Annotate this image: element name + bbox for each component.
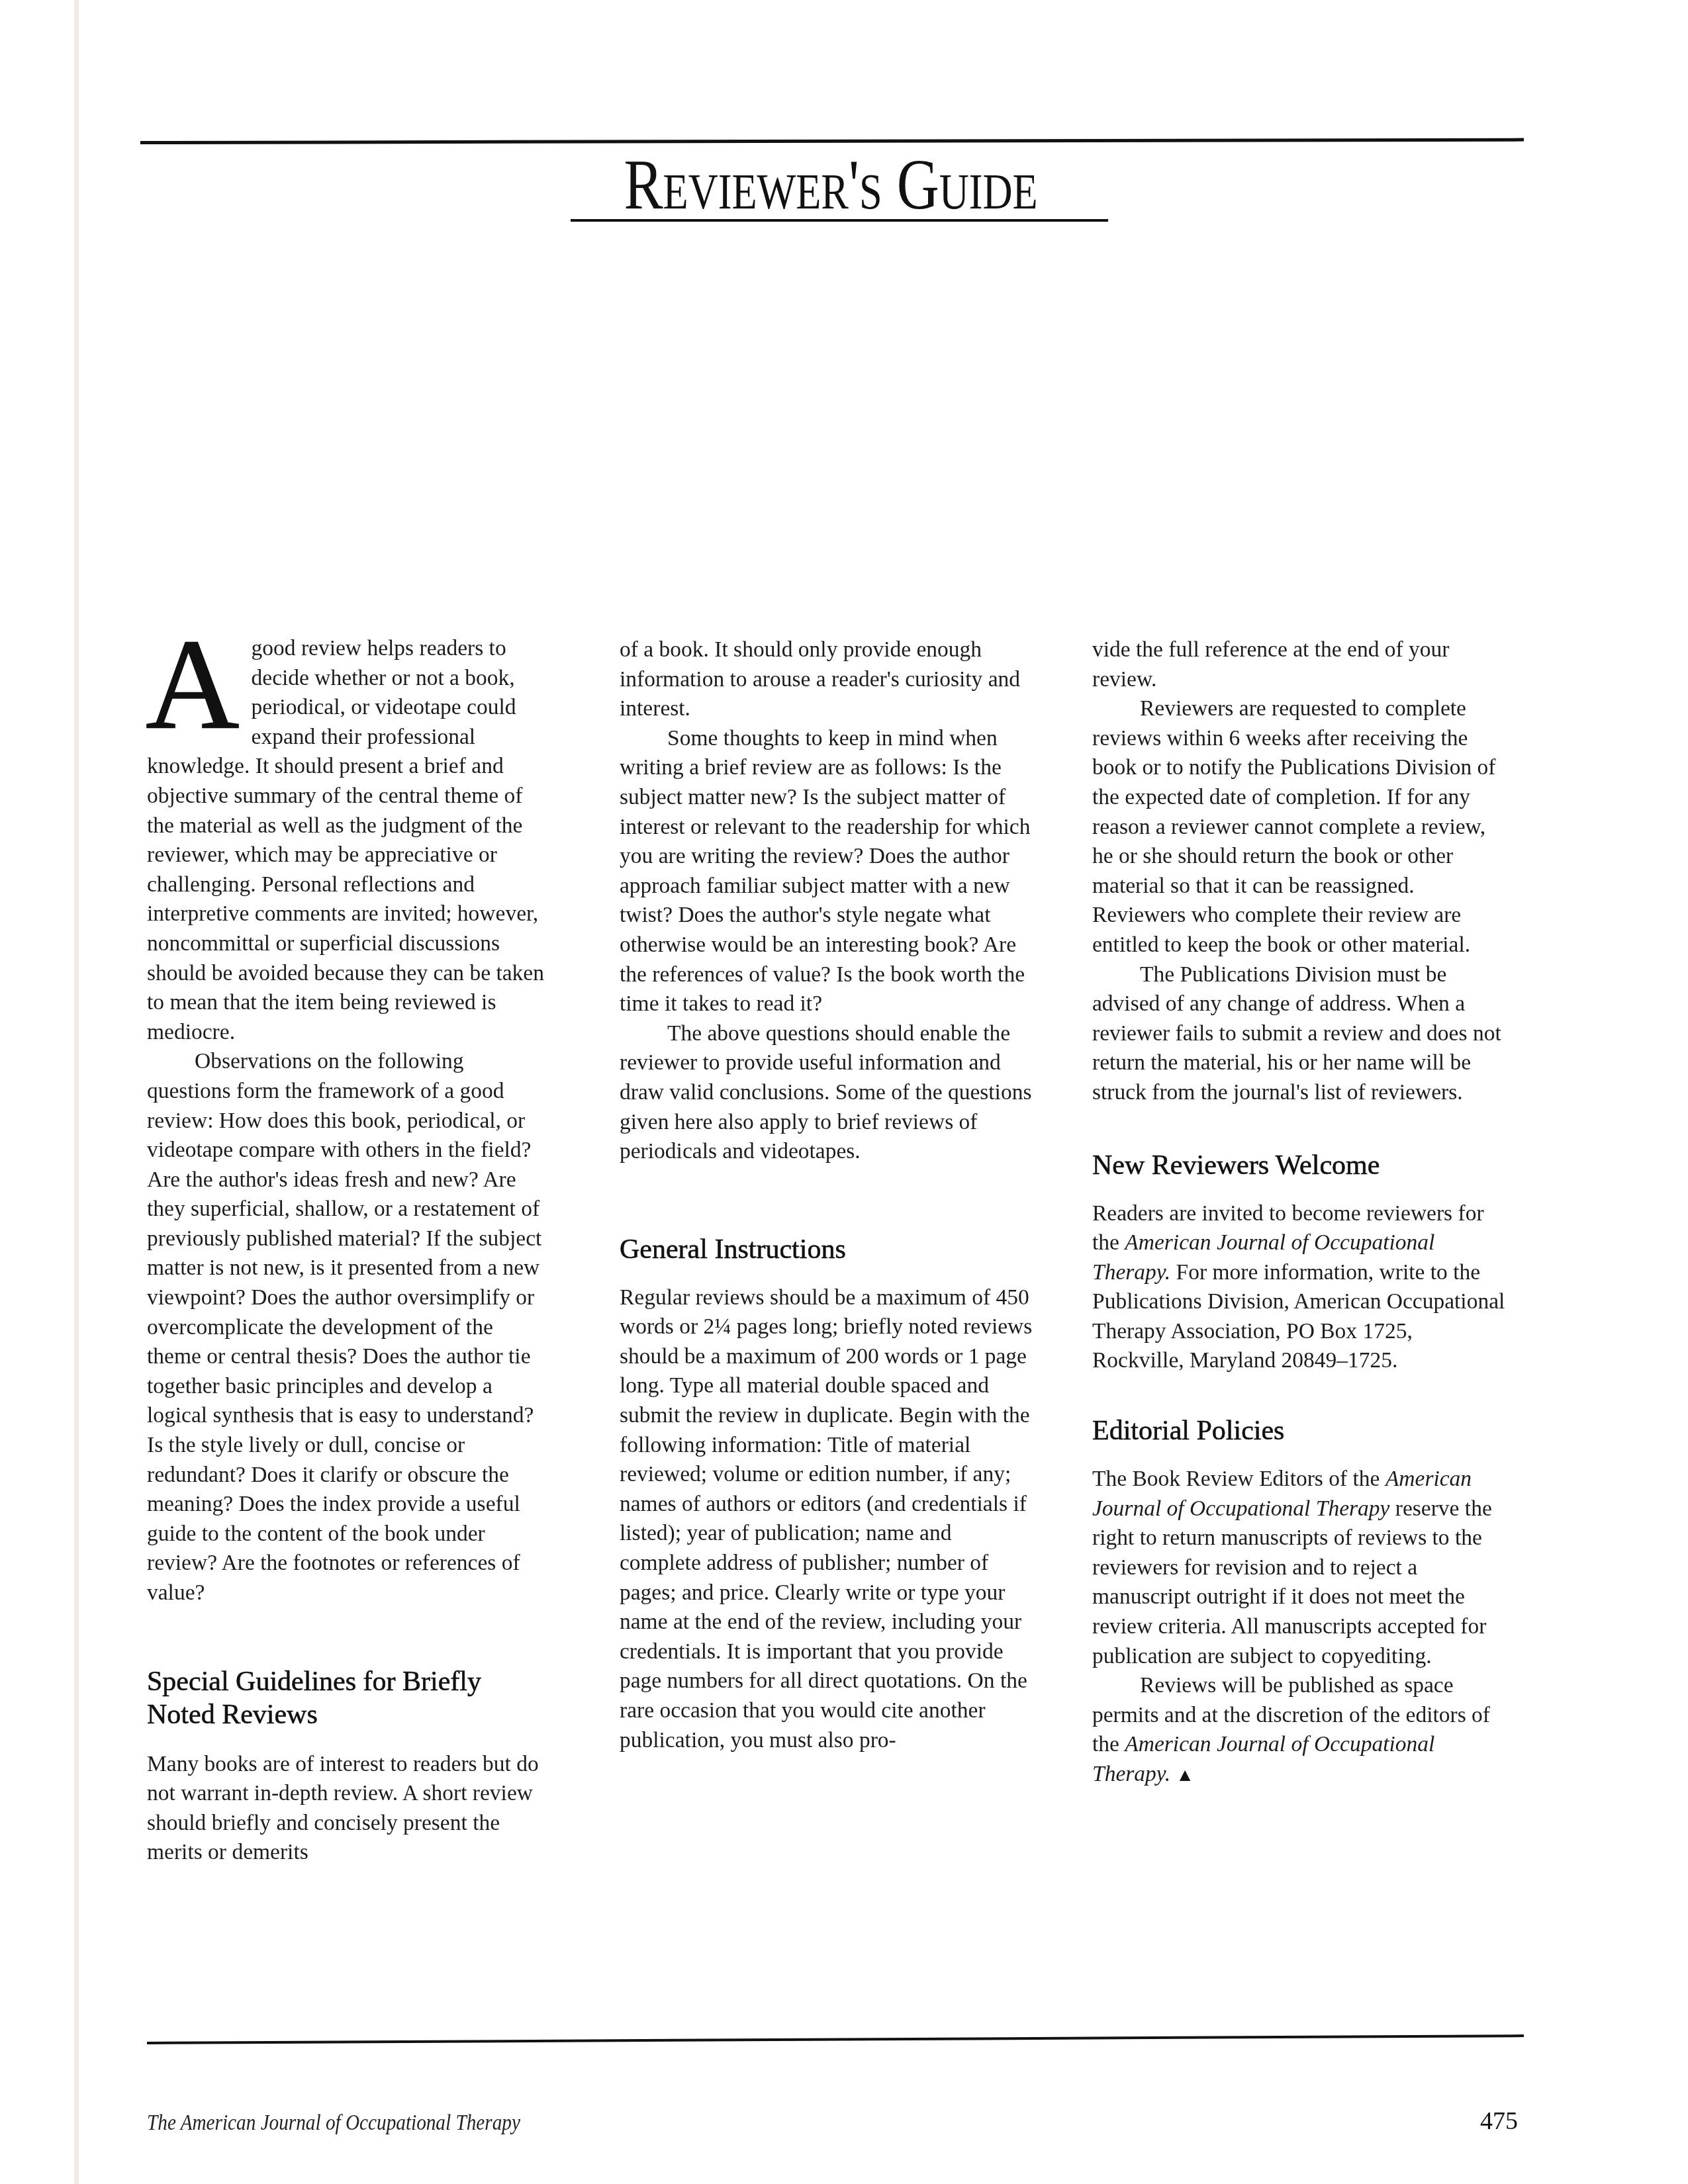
journal-name: American Journal of Occupational Therapy… [1092, 1732, 1434, 1786]
questions-paragraph: Observations on the following questions … [147, 1047, 552, 1608]
heading-new-reviewers: New Reviewers Welcome [1092, 1149, 1509, 1182]
publication-paragraph: Reviews will be published as space permi… [1092, 1671, 1509, 1790]
heading-special-guidelines: Special Guidelines for Briefly Noted Rev… [147, 1665, 552, 1731]
thoughts-paragraph: Some thoughts to keep in mind when writi… [620, 724, 1033, 1019]
page-number: 475 [1480, 2107, 1518, 2135]
bottom-rule [147, 2034, 1524, 2044]
end-triangle-icon: ▲ [1176, 1765, 1194, 1786]
column-3: vide the full reference at the end of yo… [1092, 635, 1509, 1791]
editorial-paragraph: The Book Review Editors of the American … [1092, 1465, 1509, 1671]
special-guidelines-paragraph: Many books are of interest to readers bu… [147, 1750, 552, 1868]
text: The Book Review Editors of the [1092, 1467, 1385, 1491]
new-reviewers-paragraph: Readers are invited to become reviewers … [1092, 1199, 1509, 1377]
completion-paragraph: Reviewers are requested to complete revi… [1092, 694, 1509, 960]
heading-editorial-policies: Editorial Policies [1092, 1414, 1509, 1447]
above-questions-paragraph: The above questions should enable the re… [620, 1019, 1033, 1167]
scan-edge-artifact [74, 0, 79, 2184]
intro-rest: expand their professional knowledge. It … [147, 725, 544, 1044]
continued-paragraph: vide the full reference at the end of yo… [1092, 635, 1509, 694]
general-instructions-paragraph: Regular reviews should be a maximum of 4… [620, 1283, 1033, 1756]
footer-journal-name: The American Journal of Occupational The… [147, 2110, 520, 2136]
text: reserve the right to return manuscripts … [1092, 1496, 1492, 1668]
heading-general-instructions: General Instructions [620, 1233, 1033, 1266]
column-2: of a book. It should only provide enough… [620, 635, 1033, 1755]
top-rule [140, 138, 1524, 144]
intro-paragraph: A good review helps readers to decide wh… [147, 634, 552, 1047]
continued-paragraph: of a book. It should only provide enough… [620, 635, 1033, 724]
address-change-paragraph: The Publications Division must be advise… [1092, 960, 1509, 1108]
title-underline [571, 219, 1108, 222]
drop-cap: A [146, 638, 240, 731]
page-title: Reviewer's Guide [606, 149, 1056, 222]
column-1: A good review helps readers to decide wh… [147, 634, 552, 1868]
